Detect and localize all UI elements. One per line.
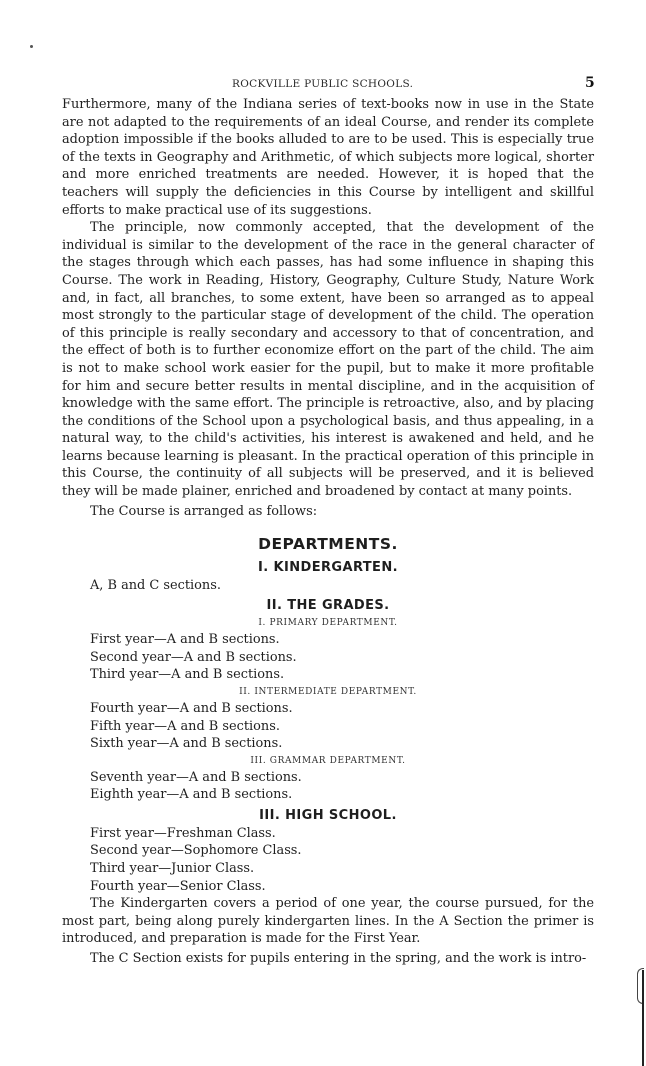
list-item: Third year—A and B sections. xyxy=(62,666,594,684)
high-school-heading: III. HIGH SCHOOL. xyxy=(62,806,594,825)
primary-department-heading: I. PRIMARY DEPARTMENT. xyxy=(62,615,594,631)
grades-heading: II. THE GRADES. xyxy=(62,596,594,615)
list-item: Eighth year—A and B sections. xyxy=(62,786,594,804)
list-item: Fourth year—Senior Class. xyxy=(62,878,594,896)
list-item: First year—A and B sections. xyxy=(62,631,594,649)
primary-list: First year—A and B sections. Second year… xyxy=(62,631,594,684)
departments-heading: DEPARTMENTS. xyxy=(62,534,594,554)
list-item: Fourth year—A and B sections. xyxy=(62,700,594,718)
list-item: Second year—Sophomore Class. xyxy=(62,842,594,860)
running-head: ROCKVILLE PUBLIC SCHOOLS. 5 xyxy=(0,78,646,94)
course-intro-line: The Course is arranged as follows: xyxy=(62,503,594,521)
scan-speck xyxy=(30,45,33,48)
paragraph-principle: The principle, now commonly accepted, th… xyxy=(62,219,594,501)
list-item: First year—Freshman Class. xyxy=(62,825,594,843)
paragraph-c-section: The C Section exists for pupils entering… xyxy=(62,950,594,968)
grammar-list: Seventh year—A and B sections. Eighth ye… xyxy=(62,769,594,804)
grammar-department-heading: III. GRAMMAR DEPARTMENT. xyxy=(62,753,594,769)
list-item: Fifth year—A and B sections. xyxy=(62,718,594,736)
paragraph-kindergarten: The Kindergarten covers a period of one … xyxy=(62,895,594,948)
list-item: Second year—A and B sections. xyxy=(62,649,594,667)
list-item: Third year—Junior Class. xyxy=(62,860,594,878)
high-school-list: First year—Freshman Class. Second year—S… xyxy=(62,825,594,895)
page-body: Furthermore, many of the Indiana series … xyxy=(62,96,594,968)
page-edge-shadow xyxy=(642,970,644,1066)
list-item: A, B and C sections. xyxy=(62,577,594,595)
intermediate-list: Fourth year—A and B sections. Fifth year… xyxy=(62,700,594,753)
list-item: Sixth year—A and B sections. xyxy=(62,735,594,753)
paragraph-textbooks: Furthermore, many of the Indiana series … xyxy=(62,96,594,219)
kindergarten-list: A, B and C sections. xyxy=(62,577,594,595)
running-head-title: ROCKVILLE PUBLIC SCHOOLS. xyxy=(232,78,413,90)
page-number: 5 xyxy=(585,75,595,91)
intermediate-department-heading: II. INTERMEDIATE DEPARTMENT. xyxy=(62,684,594,700)
list-item: Seventh year—A and B sections. xyxy=(62,769,594,787)
kindergarten-heading: I. KINDERGARTEN. xyxy=(62,558,594,577)
